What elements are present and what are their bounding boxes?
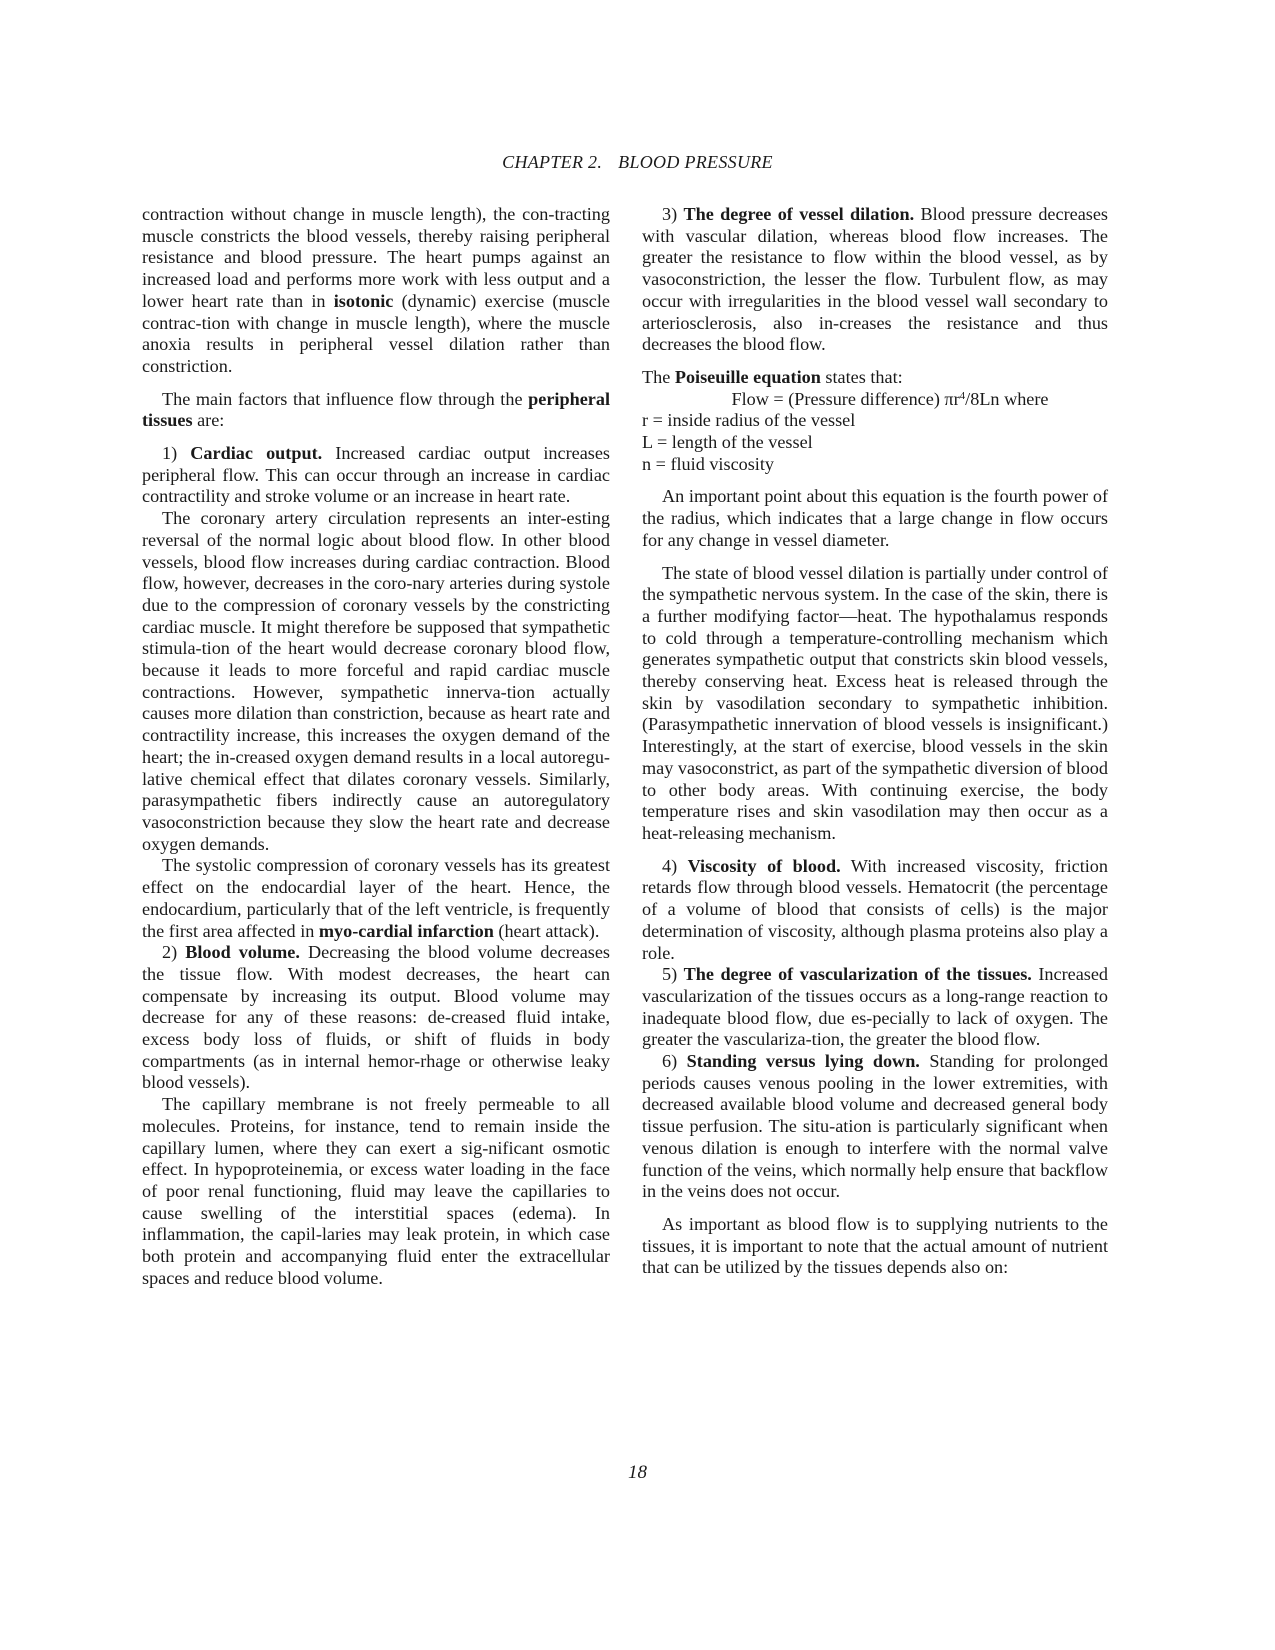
factor-vessel-dilation: 3) The degree of vessel dilation. Blood …	[642, 204, 1108, 356]
factor-vascularization: 5) The degree of vascularization of the …	[642, 964, 1108, 1051]
bold-term: isotonic	[334, 291, 394, 311]
bold-term: Blood volume.	[185, 942, 300, 962]
paragraph: As important as blood flow is to supplyi…	[642, 1214, 1108, 1279]
factor-cardiac-output: 1) Cardiac output. Increased cardiac out…	[142, 443, 610, 508]
running-header: CHAPTER 2.BLOOD PRESSURE	[0, 152, 1275, 173]
definition-r: r = inside radius of the vessel	[642, 410, 1108, 432]
left-column: contraction without change in muscle len…	[142, 204, 610, 1289]
paragraph: The capillary membrane is not freely per…	[142, 1094, 610, 1289]
definition-n: n = fluid viscosity	[642, 454, 1108, 476]
bold-term: myo-cardial infarction	[319, 921, 494, 941]
paragraph: The main factors that influence flow thr…	[142, 389, 610, 432]
paragraph: contraction without change in muscle len…	[142, 204, 610, 378]
factor-standing-lying: 6) Standing versus lying down. Standing …	[642, 1051, 1108, 1203]
bold-term: Cardiac output.	[190, 443, 322, 463]
chapter-label: CHAPTER 2.	[502, 152, 602, 172]
factor-viscosity: 4) Viscosity of blood. With increased vi…	[642, 856, 1108, 965]
bold-term: Viscosity of blood.	[688, 856, 841, 876]
bold-term: Poiseuille equation	[675, 367, 821, 387]
definition-l: L = length of the vessel	[642, 432, 1108, 454]
bold-term: The degree of vascularization of the tis…	[684, 964, 1032, 984]
factor-blood-volume: 2) Blood volume. Decreasing the blood vo…	[142, 942, 610, 1094]
bold-term: Standing versus lying down.	[687, 1051, 920, 1071]
paragraph: The systolic compression of coronary ves…	[142, 855, 610, 942]
page-number: 18	[0, 1462, 1275, 1484]
bold-term: The degree of vessel dilation.	[684, 204, 915, 224]
paragraph: The Poiseuille equation states that:	[642, 367, 1108, 389]
paragraph: The state of blood vessel dilation is pa…	[642, 563, 1108, 845]
right-column: 3) The degree of vessel dilation. Blood …	[642, 204, 1108, 1279]
poiseuille-formula: Flow = (Pressure difference) πr4/8Ln whe…	[642, 389, 1108, 411]
paragraph: An important point about this equation i…	[642, 486, 1108, 551]
paragraph: The coronary artery circulation represen…	[142, 508, 610, 855]
chapter-title: BLOOD PRESSURE	[618, 152, 773, 172]
